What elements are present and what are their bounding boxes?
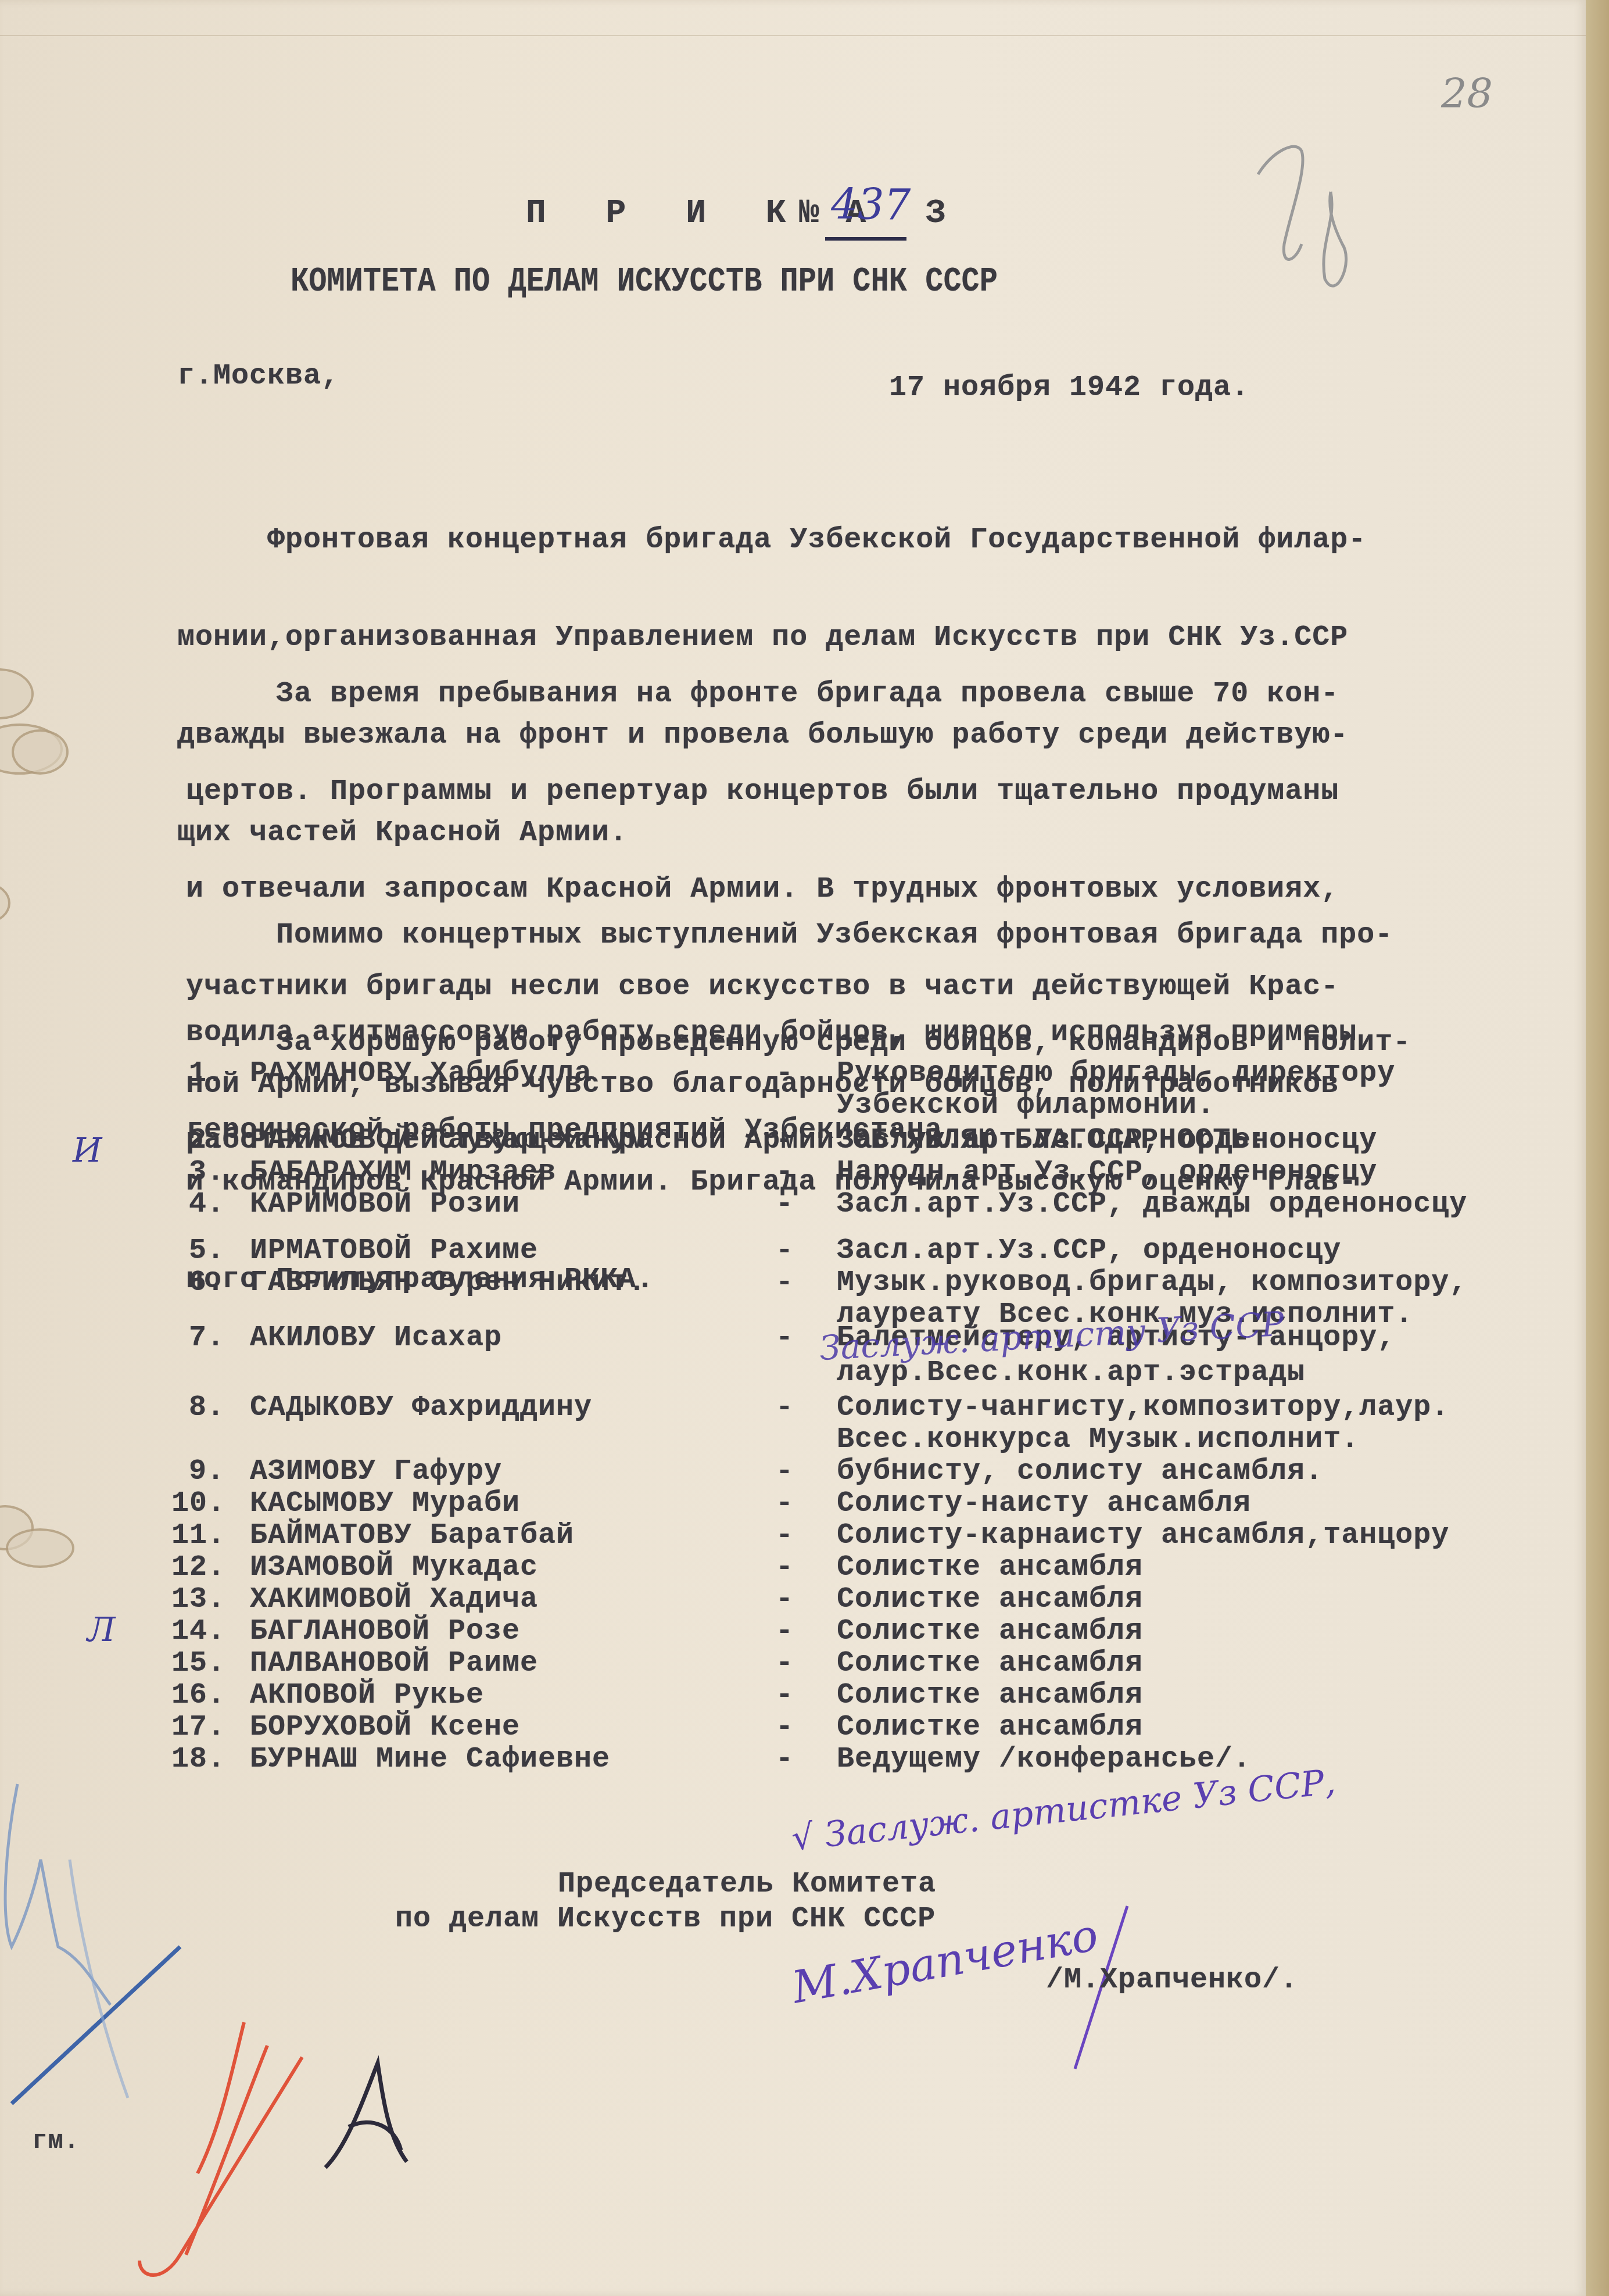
margin-mark-item3: И xyxy=(73,1130,102,1170)
typed-signatory-name: /М.Храпченко/. xyxy=(1046,1964,1298,1997)
document-page: 28 П Р И К А З № 437 КОМИТЕТА ПО ДЕЛАМ И… xyxy=(0,0,1586,2296)
initials-mark-text: АС xyxy=(322,2080,323,2081)
initials-mark xyxy=(314,2057,430,2173)
red-pencil-mark xyxy=(128,2011,302,2290)
margin-mark-item14: Л xyxy=(87,1610,115,1649)
binding-spine xyxy=(1586,0,1609,2296)
typist-initials: гм. xyxy=(32,2127,80,2156)
awardee-list: 1. РАХМАНОВУ Хабибулла - Руководителю бр… xyxy=(0,0,1586,2296)
signature-title-line1: Председатель Комитета xyxy=(558,1868,936,1901)
signature-title-line2: по делам Искусств при СНК СССР xyxy=(395,1903,936,1936)
